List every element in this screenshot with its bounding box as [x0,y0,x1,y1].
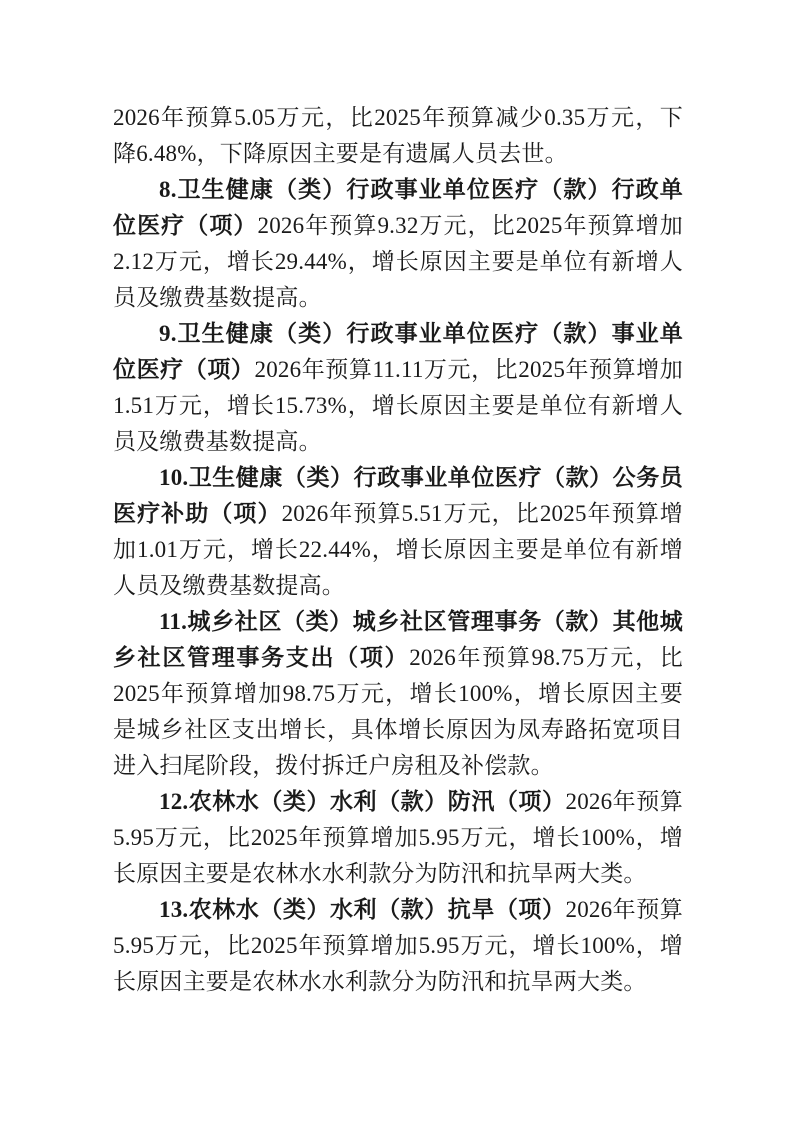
paragraph-body: 2026年预算5.05万元，比2025年预算减少0.35万元，下降6.48%，下… [113,105,683,166]
paragraph-lead: 12.农林水（类）水利（款）防汛（项） [159,789,566,814]
paragraph-item-9: 9.卫生健康（类）行政事业单位医疗（款）事业单位医疗（项）2026年预算11.1… [113,316,683,460]
paragraph-item-8: 8.卫生健康（类）行政事业单位医疗（款）行政单位医疗（项）2026年预算9.32… [113,172,683,316]
paragraph-lead: 13.农林水（类）水利（款）抗旱（项） [159,897,566,922]
paragraph-item-10: 10.卫生健康（类）行政事业单位医疗（款）公务员医疗补助（项）2026年预算5.… [113,460,683,604]
paragraph-continuation: 2026年预算5.05万元，比2025年预算减少0.35万元，下降6.48%，下… [113,100,683,172]
document-body: 2026年预算5.05万元，比2025年预算减少0.35万元，下降6.48%，下… [113,100,683,1000]
paragraph-item-13: 13.农林水（类）水利（款）抗旱（项）2026年预算5.95万元，比2025年预… [113,892,683,1000]
document-page: 2026年预算5.05万元，比2025年预算减少0.35万元，下降6.48%，下… [0,0,793,1122]
paragraph-item-11: 11.城乡社区（类）城乡社区管理事务（款）其他城乡社区管理事务支出（项）2026… [113,604,683,784]
paragraph-item-12: 12.农林水（类）水利（款）防汛（项）2026年预算5.95万元，比2025年预… [113,784,683,892]
